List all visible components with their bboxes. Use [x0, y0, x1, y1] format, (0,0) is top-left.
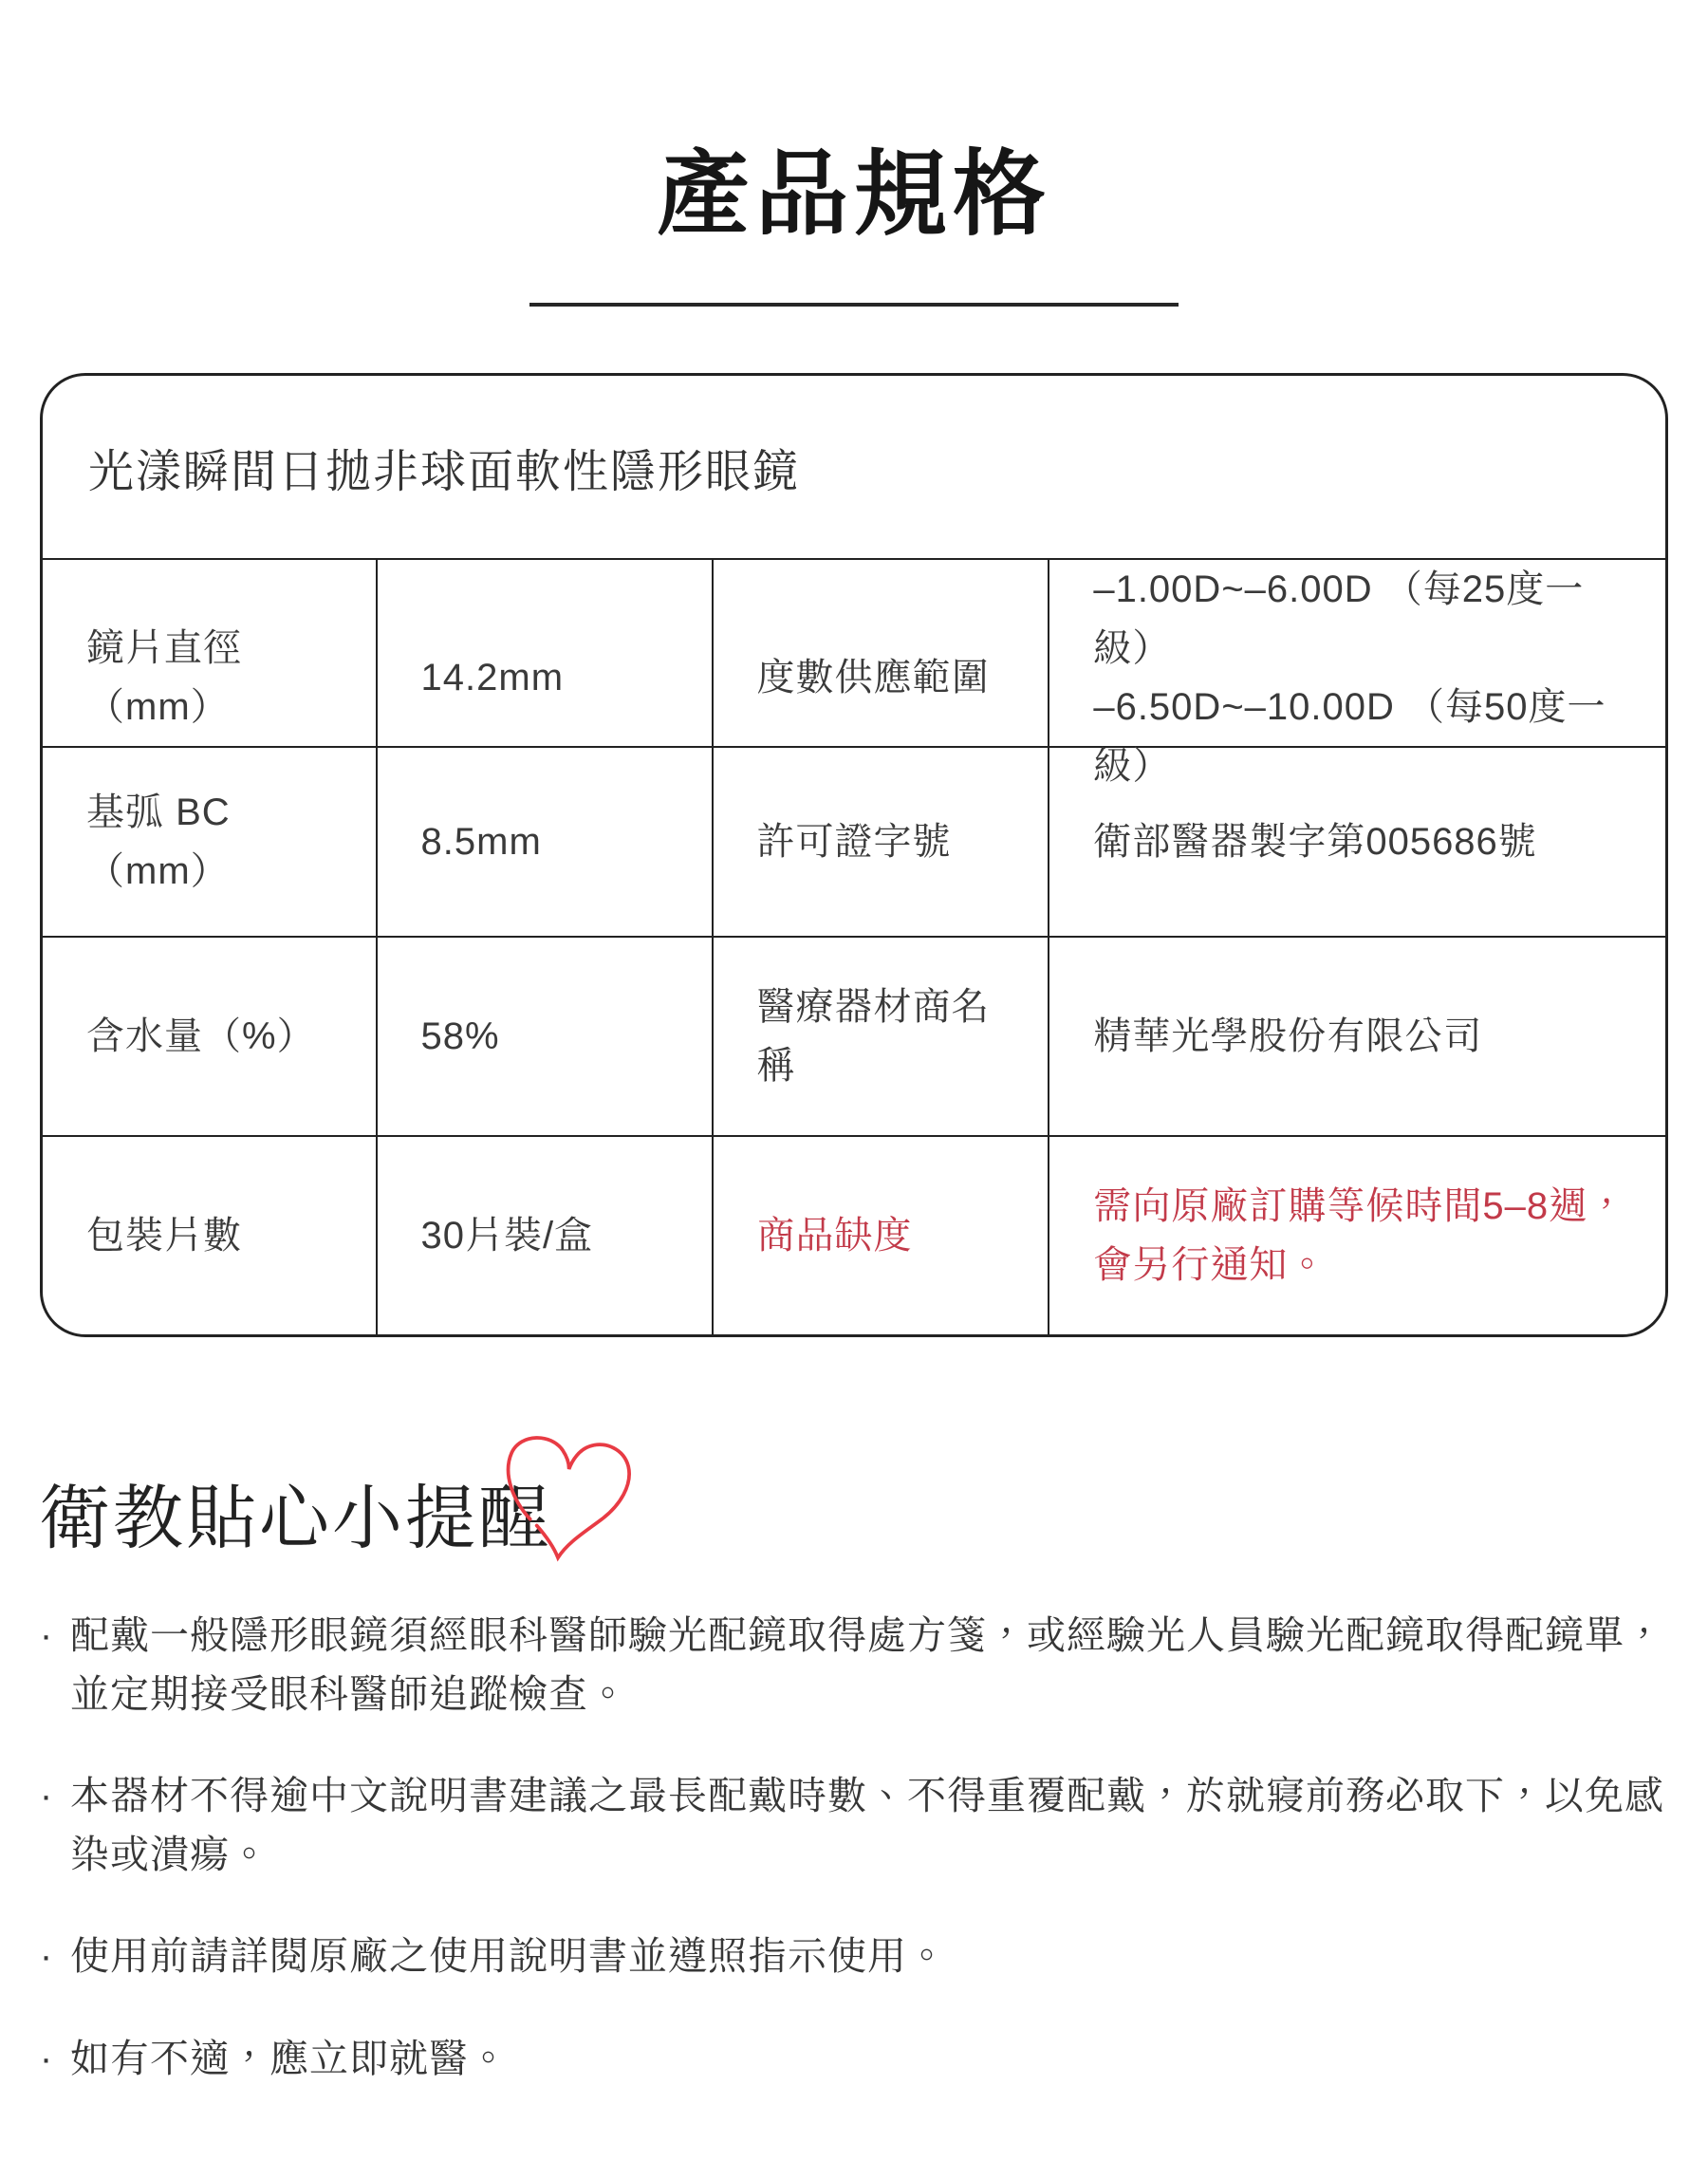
water-content-value: 58% [376, 938, 712, 1135]
table-row: 鏡片直徑（mm） 14.2mm 度數供應範圍 –1.00D~–6.00D （每2… [43, 558, 1665, 746]
table-row: 含水量（%） 58% 醫療器材商名稱 精華光學股份有限公司 [43, 936, 1665, 1135]
heart-icon [482, 1421, 645, 1584]
product-spec-table: 光漾瞬間日拋非球面軟性隱形眼鏡 鏡片直徑（mm） 14.2mm 度數供應範圍 –… [40, 373, 1668, 1337]
base-curve-value: 8.5mm [376, 748, 712, 936]
bullet-dot: · [23, 2030, 70, 2089]
list-item: · 如有不適，應立即就醫。 [23, 2030, 1672, 2089]
shortage-label: 商品缺度 [712, 1137, 1049, 1334]
bullet-dot: · [23, 1767, 70, 1884]
water-content-label: 含水量（%） [43, 938, 376, 1135]
license-number-value: 衛部醫器製字第005686號 [1048, 748, 1665, 936]
package-quantity-label: 包裝片數 [43, 1137, 376, 1334]
list-item: · 本器材不得逾中文說明書建議之最長配戴時數、不得重覆配戴，於就寢前務必取下，以… [23, 1767, 1672, 1884]
manufacturer-value: 精華光學股份有限公司 [1048, 938, 1665, 1135]
shortage-note: 需向原廠訂購等候時間5–8週，會另行通知。 [1048, 1137, 1665, 1334]
health-reminder-section: 衛教貼心小提醒 · 配戴一般隱形眼鏡須經眼科醫師驗光配鏡取得處方箋，或經驗光人員… [0, 1462, 1708, 2088]
table-row: 基弧 BC（mm） 8.5mm 許可證字號 衛部醫器製字第005686號 [43, 746, 1665, 936]
page-title: 產品規格 [0, 120, 1708, 253]
reminder-heading: 衛教貼心小提醒 [40, 1462, 551, 1563]
reminder-bullet-list: · 配戴一般隱形眼鏡須經眼科醫師驗光配鏡取得處方箋，或經驗光人員驗光配鏡取得配鏡… [23, 1607, 1672, 2088]
bullet-dot: · [23, 1607, 70, 1723]
product-name: 光漾瞬間日拋非球面軟性隱形眼鏡 [43, 376, 1665, 558]
list-item: · 使用前請詳閱原廠之使用說明書並遵照指示使用。 [23, 1928, 1672, 1986]
manufacturer-label: 醫療器材商名稱 [712, 938, 1049, 1135]
base-curve-label: 基弧 BC（mm） [43, 748, 376, 936]
table-row: 包裝片數 30片裝/盒 商品缺度 需向原廠訂購等候時間5–8週，會另行通知。 [43, 1135, 1665, 1334]
package-quantity-value: 30片裝/盒 [376, 1137, 712, 1334]
license-number-label: 許可證字號 [712, 748, 1049, 936]
list-item: · 配戴一般隱形眼鏡須經眼科醫師驗光配鏡取得處方箋，或經驗光人員驗光配鏡取得配鏡… [23, 1607, 1672, 1723]
bullet-dot: · [23, 1928, 70, 1986]
title-underline [529, 303, 1179, 307]
